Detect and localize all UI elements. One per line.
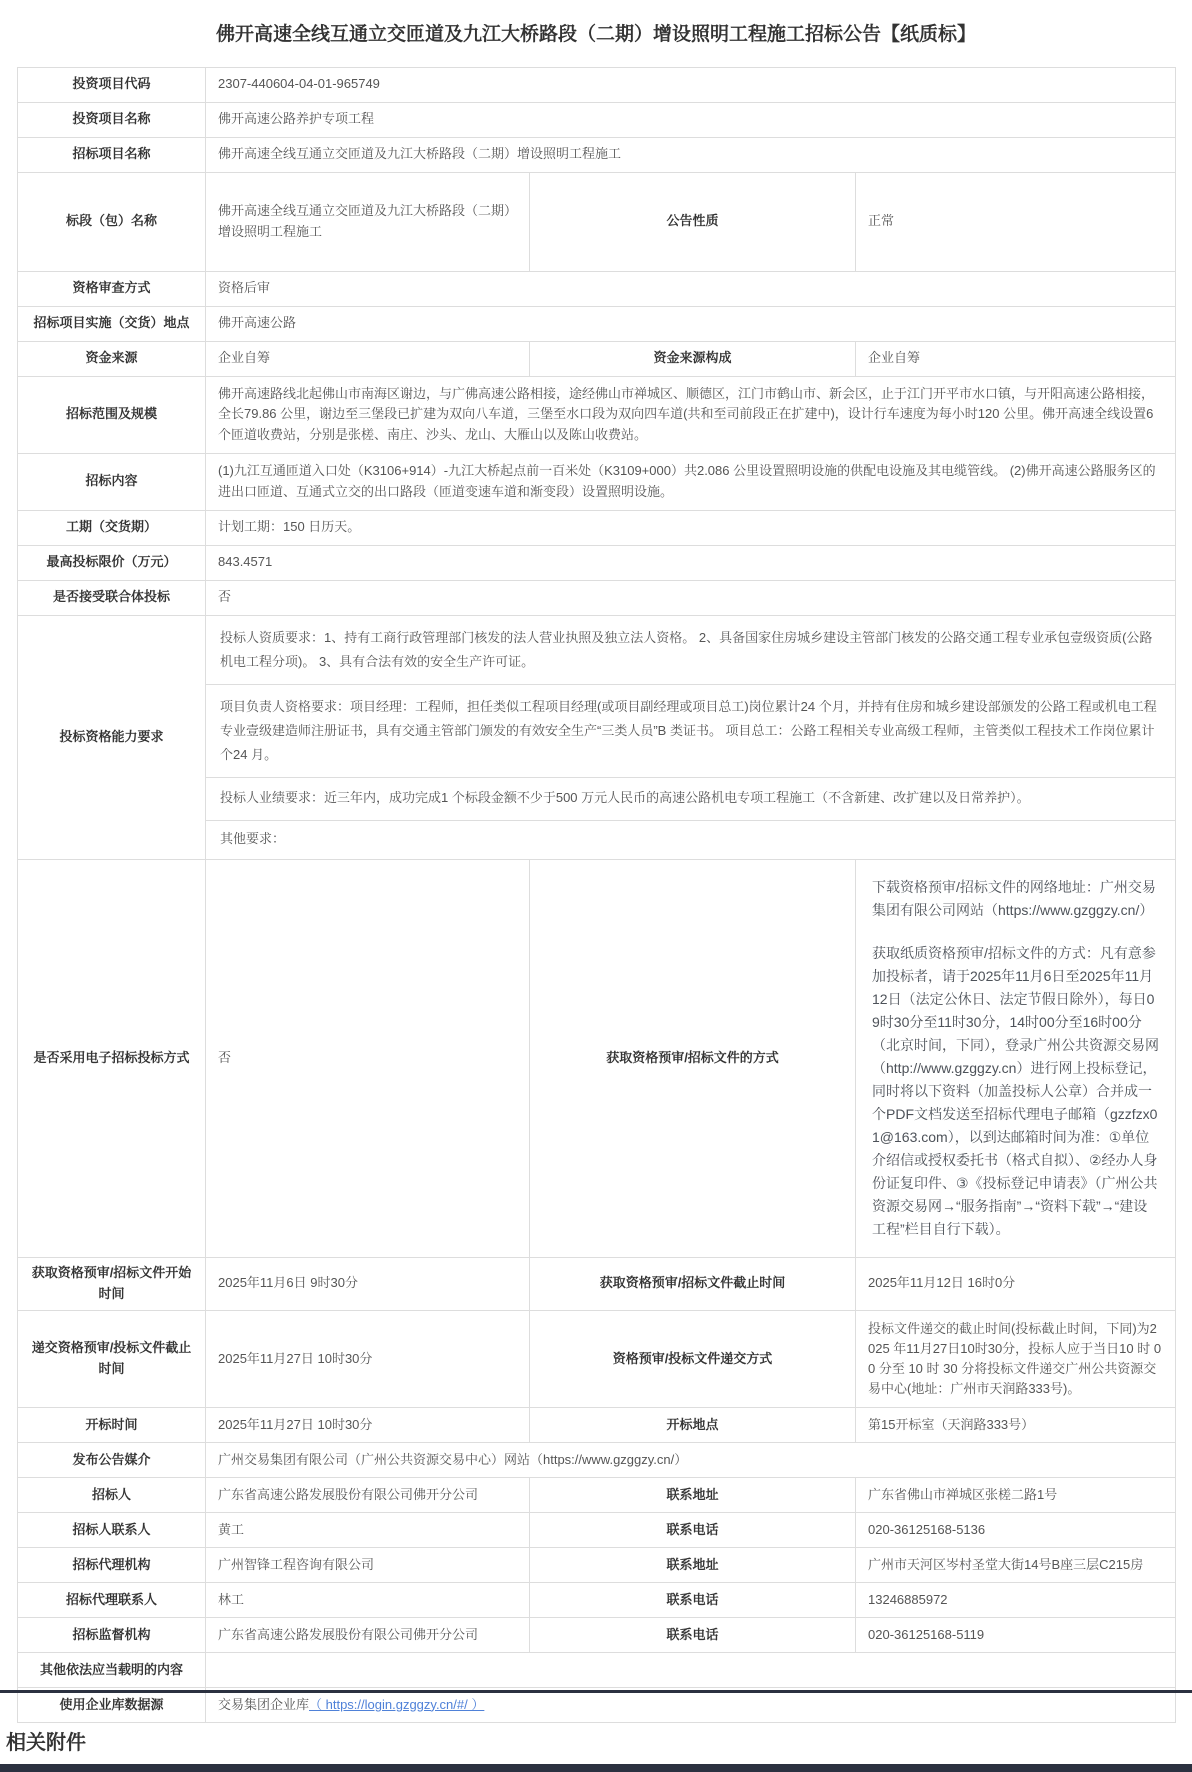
row-project-name: 投资项目名称 佛开高速公路养护专项工程	[18, 102, 1176, 137]
row-label: 递交资格预审/投标文件截止时间	[18, 1310, 206, 1408]
row-label: 是否接受联合体投标	[18, 580, 206, 615]
row-label-2: 资格预审/投标文件递交方式	[530, 1310, 856, 1408]
row-value: 林工	[206, 1583, 530, 1618]
row-value: 佛开高速公路养护专项工程	[206, 102, 1176, 137]
row-label: 招标内容	[18, 453, 206, 510]
row-value-2: 投标文件递交的截止时间(投标截止时间，下同)为2025 年11月27日10时30…	[856, 1310, 1176, 1408]
row-value: 计划工期：150 日历天。	[206, 510, 1176, 545]
row-value: 黄工	[206, 1513, 530, 1548]
row-label: 发布公告媒介	[18, 1443, 206, 1478]
row-label: 其他依法应当载明的内容	[18, 1653, 206, 1688]
row-tenderer-contact: 招标人联系人 黄工 联系电话 020-36125168-5136	[18, 1513, 1176, 1548]
row-label: 招标人联系人	[18, 1513, 206, 1548]
enterprise-db-link[interactable]: （ https://login.gzggzy.cn/#/ ）	[309, 1697, 484, 1712]
row-label: 招标监督机构	[18, 1618, 206, 1653]
row-tender-project-name: 招标项目名称 佛开高速全线互通立交匝道及九江大桥路段（二期）增设照明工程施工	[18, 137, 1176, 172]
row-bid-opening: 开标时间 2025年11月27日 10时30分 开标地点 第15开标室（天润路3…	[18, 1408, 1176, 1443]
row-value-2: 020-36125168-5119	[856, 1618, 1176, 1653]
row-value: 2025年11月27日 10时30分	[206, 1408, 530, 1443]
row-label: 开标时间	[18, 1408, 206, 1443]
row-value-2: 2025年11月12日 16时0分	[856, 1258, 1176, 1311]
tender-notice-table: 投资项目代码 2307-440604-04-01-965749 投资项目名称 佛…	[17, 67, 1176, 1723]
row-value: 2307-440604-04-01-965749	[206, 67, 1176, 102]
row-label: 投资项目名称	[18, 102, 206, 137]
row-tender-scope: 招标范围及规模 佛开高速路线北起佛山市南海区谢边，与广佛高速公路相接，途经佛山市…	[18, 376, 1176, 453]
row-value-2: 020-36125168-5136	[856, 1513, 1176, 1548]
row-value-2: 广州市天河区岑村圣堂大街14号B座三层C215房	[856, 1548, 1176, 1583]
row-label: 招标项目实施（交货）地点	[18, 306, 206, 341]
row-value: 企业自筹	[206, 341, 530, 376]
row-consortium-bidding: 是否接受联合体投标 否	[18, 580, 1176, 615]
row-value: 投标人资质要求：1、持有工商行政管理部门核发的法人营业执照及独立法人资格。 2、…	[206, 615, 1176, 859]
row-label: 标段（包）名称	[18, 172, 206, 271]
row-label-2: 资金来源构成	[530, 341, 856, 376]
row-qualification-review-method: 资格审查方式 资格后审	[18, 271, 1176, 306]
row-label: 招标人	[18, 1478, 206, 1513]
section-divider	[0, 1690, 1192, 1693]
row-tenderer: 招标人 广东省高速公路发展股份有限公司佛开分公司 联系地址 广东省佛山市禅城区张…	[18, 1478, 1176, 1513]
requirement-qualification: 投标人资质要求：1、持有工商行政管理部门核发的法人营业执照及独立法人资格。 2、…	[206, 616, 1175, 685]
row-label-2: 联系电话	[530, 1583, 856, 1618]
row-label: 是否采用电子招标投标方式	[18, 860, 206, 1258]
row-bidder-qualification-requirements: 投标资格能力要求 投标人资质要求：1、持有工商行政管理部门核发的法人营业执照及独…	[18, 615, 1176, 859]
row-value: 否	[206, 580, 1176, 615]
row-value: 佛开高速路线北起佛山市南海区谢边，与广佛高速公路相接，途经佛山市禅城区、顺德区，…	[206, 376, 1176, 453]
requirement-other: 其他要求：	[206, 821, 1175, 859]
row-label: 获取资格预审/招标文件开始时间	[18, 1258, 206, 1311]
row-value: 佛开高速全线互通立交匝道及九江大桥路段（二期）增设照明工程施工	[206, 137, 1176, 172]
row-project-code: 投资项目代码 2307-440604-04-01-965749	[18, 67, 1176, 102]
row-value: 广州智锋工程咨询有限公司	[206, 1548, 530, 1583]
row-duration: 工期（交货期） 计划工期：150 日历天。	[18, 510, 1176, 545]
row-value: 广东省高速公路发展股份有限公司佛开分公司	[206, 1478, 530, 1513]
related-attachments-heading: 相关附件	[6, 1726, 86, 1755]
row-value-2: 企业自筹	[856, 341, 1176, 376]
row-label: 工期（交货期）	[18, 510, 206, 545]
row-max-bid-price: 最高投标限价（万元） 843.4571	[18, 545, 1176, 580]
row-label: 招标代理联系人	[18, 1583, 206, 1618]
row-announcement-media: 发布公告媒介 广州交易集团有限公司（广州公共资源交易中心）网站（https://…	[18, 1443, 1176, 1478]
requirement-project-leader: 项目负责人资格要求：项目经理：工程师，担任类似工程项目经理(或项目副经理或项目总…	[206, 685, 1175, 778]
paper-document-method-paragraph: 获取纸质资格预审/招标文件的方式：凡有意参加投标者，请于2025年11月6日至2…	[872, 942, 1159, 1241]
row-value: 843.4571	[206, 545, 1176, 580]
row-funding-source: 资金来源 企业自筹 资金来源构成 企业自筹	[18, 341, 1176, 376]
row-value: (1)九江互通匝道入口处（K3106+914）-九江大桥起点前一百米处（K310…	[206, 453, 1176, 510]
row-tender-agency: 招标代理机构 广州智锋工程咨询有限公司 联系地址 广州市天河区岑村圣堂大街14号…	[18, 1548, 1176, 1583]
row-electronic-bidding: 是否采用电子招标投标方式 否 获取资格预审/招标文件的方式 下载资格预审/招标文…	[18, 860, 1176, 1258]
row-label-2: 联系电话	[530, 1513, 856, 1548]
download-address-paragraph: 下载资格预审/招标文件的网络地址：广州交易集团有限公司网站（https://ww…	[872, 876, 1159, 922]
row-label-2: 获取资格预审/招标文件的方式	[530, 860, 856, 1258]
row-label: 投资项目代码	[18, 67, 206, 102]
row-value-2: 13246885972	[856, 1583, 1176, 1618]
row-label: 招标代理机构	[18, 1548, 206, 1583]
row-other-required-content: 其他依法应当载明的内容	[18, 1653, 1176, 1688]
row-value-2: 正常	[856, 172, 1176, 271]
row-value: 广州交易集团有限公司（广州公共资源交易中心）网站（https://www.gzg…	[206, 1443, 1176, 1478]
row-value: 资格后审	[206, 271, 1176, 306]
row-label-2: 获取资格预审/招标文件截止时间	[530, 1258, 856, 1311]
row-value: 2025年11月6日 9时30分	[206, 1258, 530, 1311]
row-value-2: 第15开标室（天润路333号）	[856, 1408, 1176, 1443]
row-label: 最高投标限价（万元）	[18, 545, 206, 580]
row-document-obtain-time: 获取资格预审/招标文件开始时间 2025年11月6日 9时30分 获取资格预审/…	[18, 1258, 1176, 1311]
row-supervision-agency: 招标监督机构 广东省高速公路发展股份有限公司佛开分公司 联系电话 020-361…	[18, 1618, 1176, 1653]
document-obtain-method-cell: 下载资格预审/招标文件的网络地址：广州交易集团有限公司网站（https://ww…	[856, 860, 1176, 1258]
row-value: 佛开高速公路	[206, 306, 1176, 341]
row-value: 佛开高速全线互通立交匝道及九江大桥路段（二期）增设照明工程施工	[206, 172, 530, 271]
row-value: 广东省高速公路发展股份有限公司佛开分公司	[206, 1618, 530, 1653]
row-label: 招标范围及规模	[18, 376, 206, 453]
row-value	[206, 1653, 1176, 1688]
footer-bar	[0, 1764, 1192, 1772]
row-value: 2025年11月27日 10时30分	[206, 1310, 530, 1408]
row-label-2: 公告性质	[530, 172, 856, 271]
row-label: 资格审查方式	[18, 271, 206, 306]
row-tender-content: 招标内容 (1)九江互通匝道入口处（K3106+914）-九江大桥起点前一百米处…	[18, 453, 1176, 510]
row-label: 招标项目名称	[18, 137, 206, 172]
row-label: 资金来源	[18, 341, 206, 376]
row-label-2: 开标地点	[530, 1408, 856, 1443]
row-value-2: 广东省佛山市禅城区张槎二路1号	[856, 1478, 1176, 1513]
page-title: 佛开高速全线互通立交匝道及九江大桥路段（二期）增设照明工程施工招标公告【纸质标】	[0, 0, 1192, 67]
row-label-2: 联系电话	[530, 1618, 856, 1653]
row-submission-deadline: 递交资格预审/投标文件截止时间 2025年11月27日 10时30分 资格预审/…	[18, 1310, 1176, 1408]
row-delivery-location: 招标项目实施（交货）地点 佛开高速公路	[18, 306, 1176, 341]
row-label: 投标资格能力要求	[18, 615, 206, 859]
row-section-name: 标段（包）名称 佛开高速全线互通立交匝道及九江大桥路段（二期）增设照明工程施工 …	[18, 172, 1176, 271]
row-label-2: 联系地址	[530, 1548, 856, 1583]
row-agency-contact: 招标代理联系人 林工 联系电话 13246885972	[18, 1583, 1176, 1618]
requirement-performance: 投标人业绩要求：近三年内，成功完成1 个标段金额不少于500 万元人民币的高速公…	[206, 778, 1175, 821]
row-label-2: 联系地址	[530, 1478, 856, 1513]
row-value: 否	[206, 860, 530, 1258]
database-name-text: 交易集团企业库	[218, 1697, 309, 1712]
